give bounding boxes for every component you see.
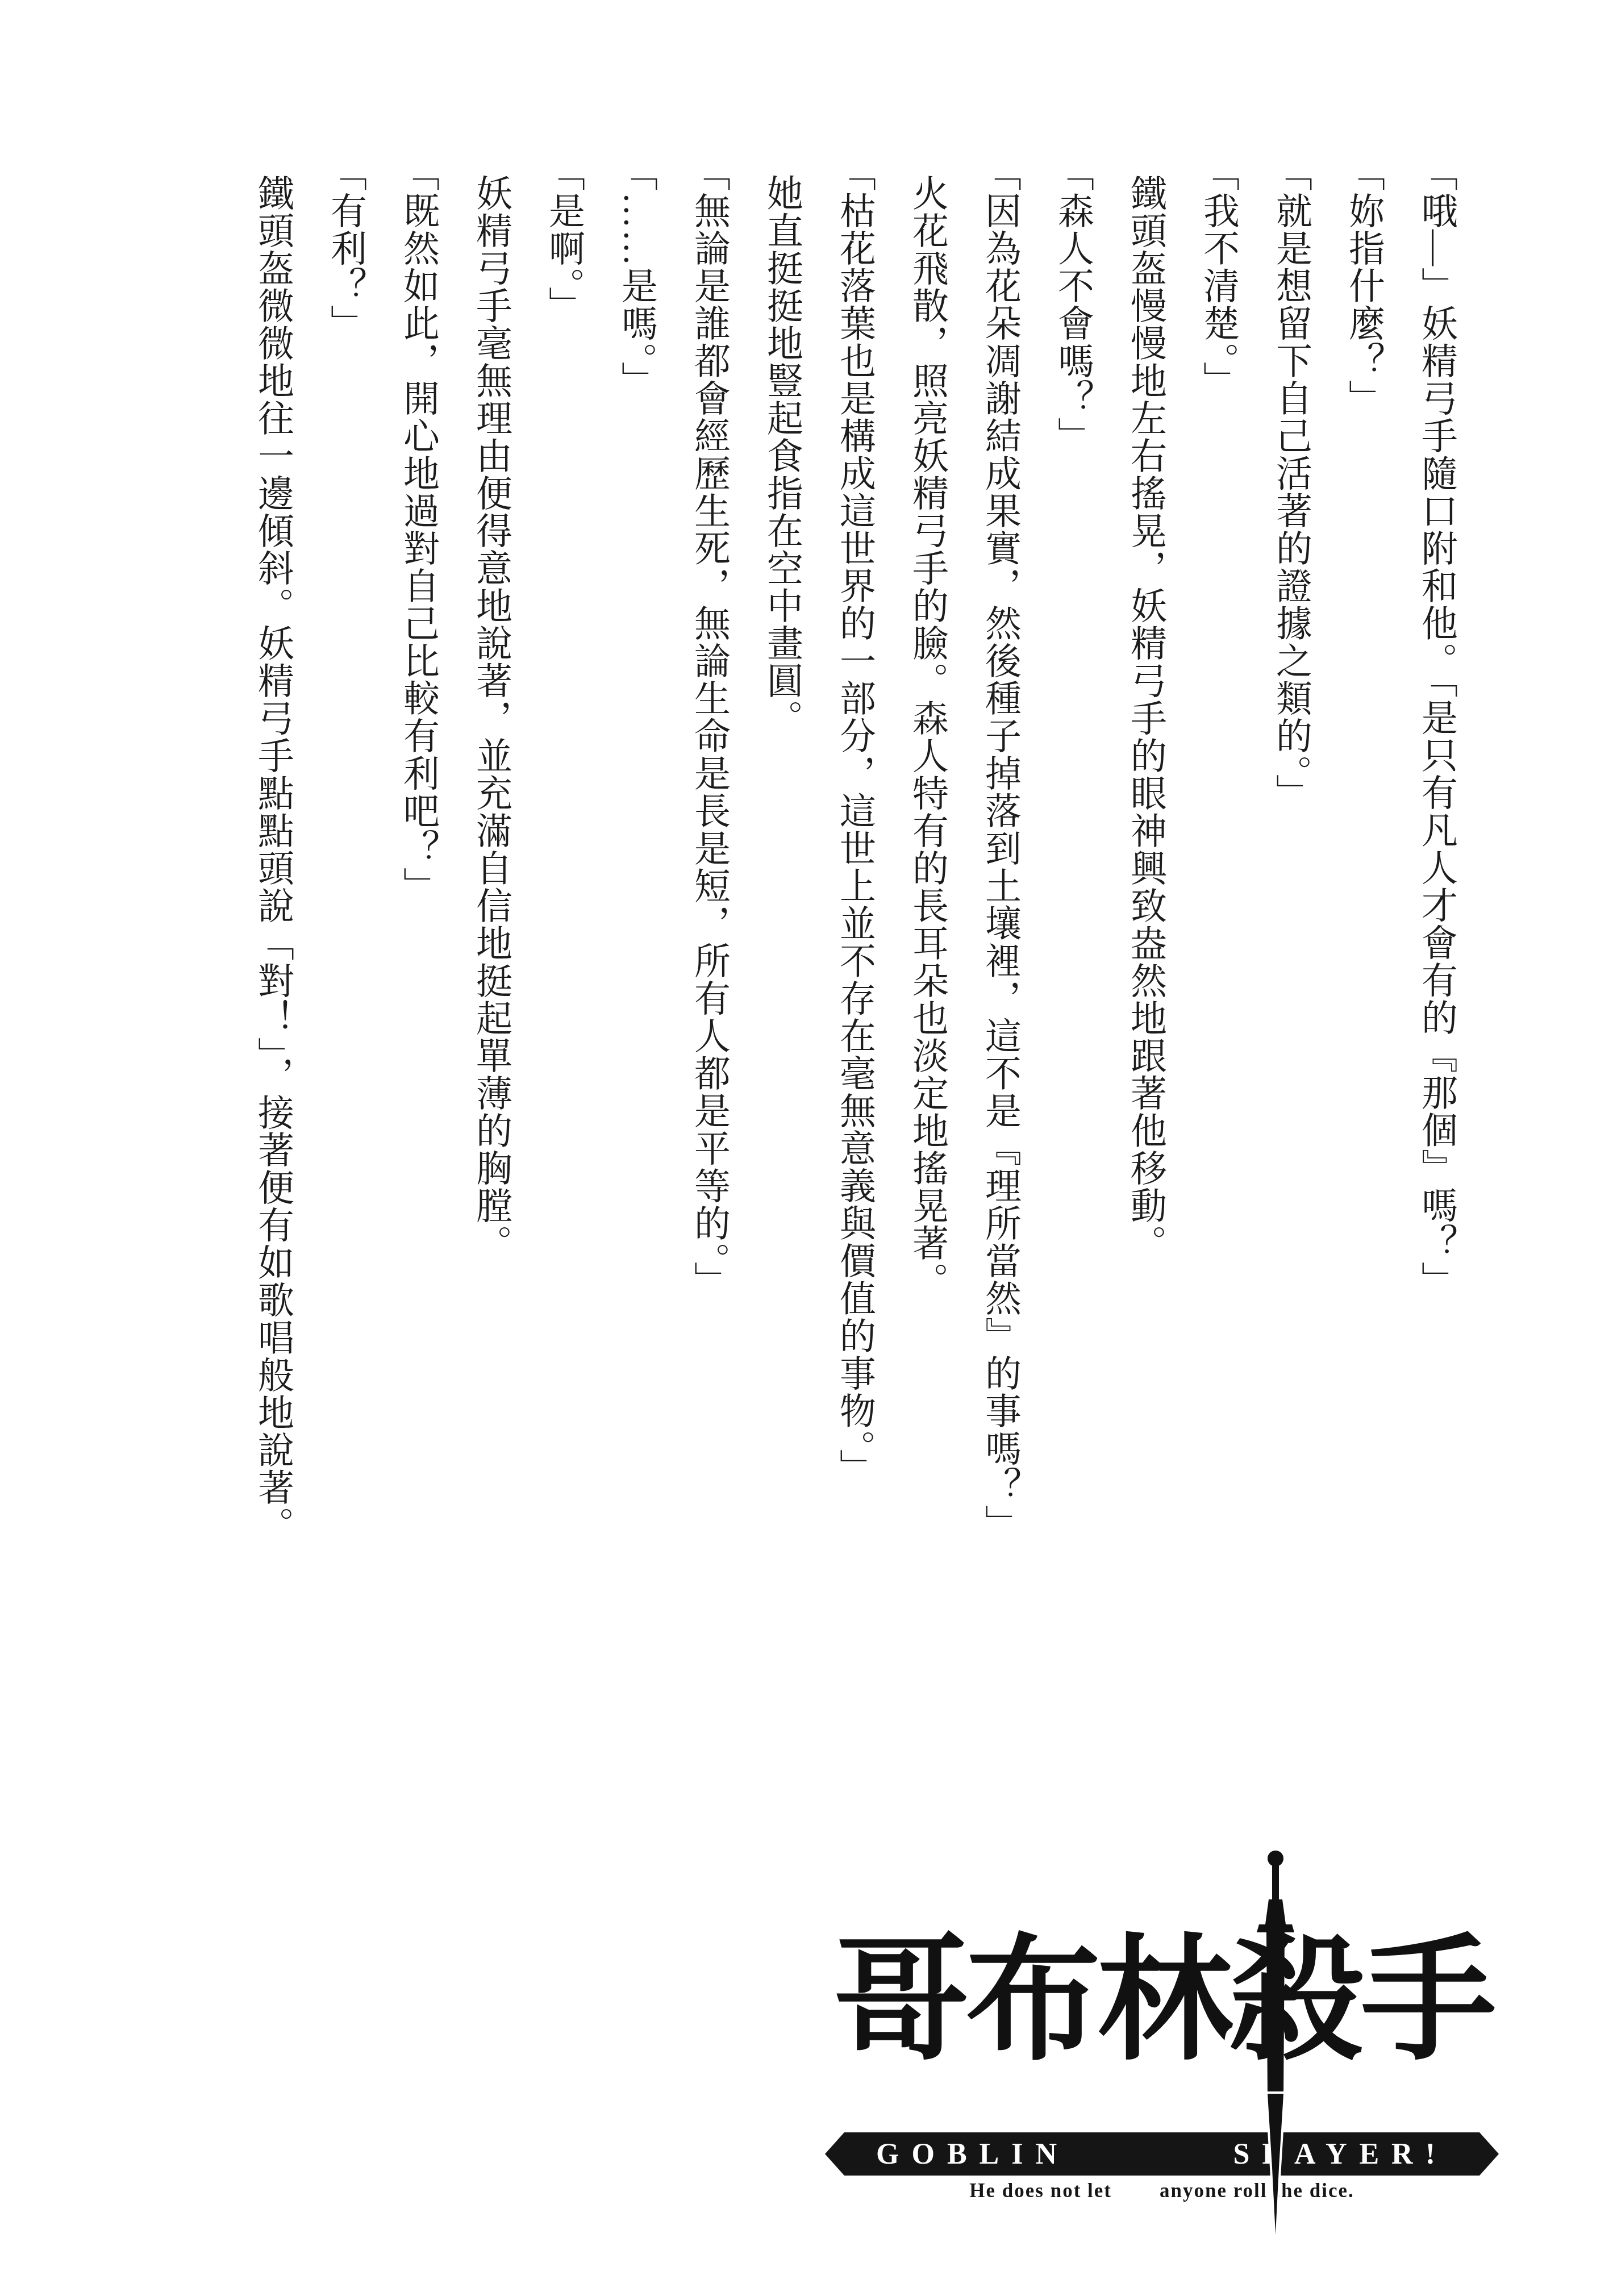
logo-title-cjk: 哥布林殺手 [827,1909,1500,2091]
logo-banner-text-left: GOBLIN [876,2137,1069,2171]
novel-paragraph-narration: 火花飛散，照亮妖精弓手的臉。森人特有的長耳朵也淡定地搖晃著。 [891,155,964,1768]
novel-paragraph-dialogue: 「既然如此，開心地過對自己比較有利吧？」 [382,155,455,1768]
novel-paragraph-dialogue: 「……是嗎。」 [600,155,673,1768]
logo-tagline: He does not let anyone roll the dice. [825,2180,1499,2202]
novel-paragraph-narration: 她直挺挺地豎起食指在空中畫圓。 [745,155,818,1768]
novel-paragraph-dialogue: 「因為花朵凋謝結成果實，然後種子掉落到土壤裡，這不是『理所當然』的事嗎？」 [964,155,1036,1768]
novel-paragraph-narration: 妖精弓手毫無理由便得意地說著，並充滿自信地挺起單薄的胸膛。 [455,155,527,1768]
novel-page: 「哦—」妖精弓手隨口附和他。「是只有凡人才會有的『那個』嗎？」「妳指什麼？」「就… [0,0,1613,2296]
novel-paragraph-dialogue: 「哦—」妖精弓手隨口附和他。「是只有凡人才會有的『那個』嗎？」 [1400,155,1473,1768]
novel-paragraph-dialogue: 「有利？」 [309,155,382,1768]
vertical-text-block: 「哦—」妖精弓手隨口附和他。「是只有凡人才會有的『那個』嗎？」「妳指什麼？」「就… [236,155,1473,1768]
novel-paragraph-dialogue: 「是啊。」 [527,155,600,1768]
novel-paragraph-dialogue: 「我不清楚。」 [1182,155,1254,1768]
novel-paragraph-narration: 鐵頭盔慢慢地左右搖晃，妖精弓手的眼神興致盎然地跟著他移動。 [1109,155,1182,1768]
goblin-slayer-logo: 哥布林殺手 GOBLIN SLAYER! He does not let any… [795,1818,1534,2250]
novel-paragraph-dialogue: 「無論是誰都會經歷生死，無論生命是長是短，所有人都是平等的。」 [673,155,745,1768]
logo-banner: GOBLIN SLAYER! [825,2132,1499,2176]
novel-paragraph-dialogue: 「就是想留下自己活著的證據之類的。」 [1254,155,1327,1768]
novel-paragraph-dialogue: 「枯花落葉也是構成這世界的一部分，這世上並不存在毫無意義與價值的事物。」 [818,155,891,1768]
novel-paragraph-dialogue: 「森人不會嗎？」 [1036,155,1109,1768]
sword-icon [1250,1849,1301,2236]
novel-paragraph-dialogue: 「妳指什麼？」 [1327,155,1400,1768]
logo-tagline-left: He does not let [969,2180,1112,2202]
novel-paragraph-narration: 鐵頭盔微微地往一邊傾斜。妖精弓手點點頭說「對！」，接著便有如歌唱般地說著。 [236,155,309,1768]
